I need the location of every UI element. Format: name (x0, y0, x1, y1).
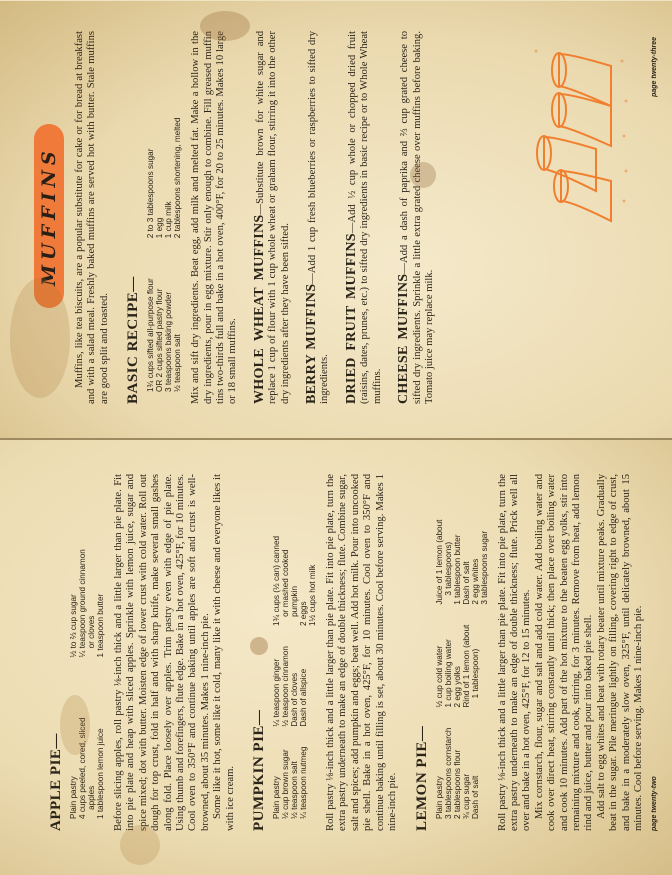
pumpkin-pie-title: PUMPKIN PIE— (251, 474, 268, 831)
apple-pie-note: Some like it hot, some like it cold, man… (212, 474, 237, 831)
lemon-pie-title: LEMON PIE— (414, 474, 431, 831)
ingredient: Plain pastry (69, 718, 78, 820)
ingredient: ¼ teaspoon ginger (272, 646, 281, 727)
ingredient: 3 tablespoons) (444, 520, 453, 605)
variant-title: WHOLE WHEAT MUFFINS (252, 215, 267, 405)
variant-title: CHEESE MUFFINS (396, 274, 411, 404)
ingredient: 1¾ cups (½ can) canned (272, 536, 281, 626)
ingredient: Dash of salt (462, 520, 471, 605)
ingredients-column: Plain pastry½ cup brown sugar½ teaspoon … (272, 747, 317, 819)
muffins-title-badge: MUFFINS (34, 124, 64, 308)
page-number: page twenty-three (651, 37, 658, 97)
ingredients-column: ¼ teaspoon ginger½ teaspoon cinnamonDash… (272, 646, 317, 727)
apple-pie-title: APPLE PIE— (48, 474, 65, 831)
muffins-intro: Muffins, like tea biscuits, are a popula… (74, 31, 111, 404)
ingredients-column: Plain pastry3 tablespoons cornstarch2 ta… (435, 728, 489, 819)
ingredient: or mashed cooked (281, 536, 290, 626)
ingredients-column: Plain pastry4 cups peeled, cored, sliced… (69, 718, 105, 820)
ingredient: 4 cups peeled, cored, sliced (78, 718, 87, 820)
muffin-variants: WHOLE WHEAT MUFFINS—Substitute brown for… (254, 31, 436, 404)
ingredient: 2 egg whites (471, 520, 480, 605)
basic-recipe-title: BASIC RECIPE— (125, 31, 142, 404)
ingredient: Plain pastry (272, 747, 281, 819)
ingredient: 2 to 3 tablespoons sugar (146, 118, 155, 239)
ingredient: ½ teaspoon salt (290, 747, 299, 819)
page-number: page twenty-two (651, 776, 658, 831)
ingredient: 3 teaspoons baking powder (164, 278, 173, 392)
ingredient: ¼ teaspoon ground cinnamon (78, 549, 87, 657)
pumpkin-pie-directions: Roll pastry ⅛-inch thick and a little la… (325, 474, 399, 831)
ingredient: 2 tablespoons flour (453, 728, 462, 819)
scanned-cookbook-spread: APPLE PIE— Plain pastry4 cups peeled, co… (0, 0, 672, 875)
ingredient: ½ teaspoon salt (173, 278, 182, 392)
ingredient: Dash of salt (471, 728, 480, 819)
ingredient: 1 cup boiling water (444, 625, 453, 708)
ingredient: Rind of 1 lemon (about (462, 625, 471, 708)
apple-pie-directions: Before slicing apples, roll pastry ⅛-inc… (113, 474, 212, 831)
ingredients-column: 2 to 3 tablespoons sugar1 egg1 cup milk2… (146, 118, 182, 239)
ingredients-column: 1¾ cups sifted all-purpose flourOR 2 cup… (146, 278, 182, 392)
lemon-pie-directions-1: Roll pastry ⅛-inch thick and a little la… (497, 474, 534, 831)
ingredient: pumpkin (290, 536, 299, 626)
ingredients-column: ½ to ⅔ cup sugar¼ teaspoon ground cinnam… (69, 549, 105, 657)
apple-pie-ingredients: Plain pastry4 cups peeled, cored, sliced… (69, 474, 105, 819)
ingredient: 1 cup milk (164, 118, 173, 239)
ingredient: OR 2 cups sifted pastry flour (155, 278, 164, 392)
ingredient: 1 tablespoon lemon juice (96, 718, 105, 820)
variant-title: BERRY MUFFINS (304, 284, 319, 404)
ingredients-column: 1¾ cups (½ can) canned or mashed cooked … (272, 536, 317, 626)
ingredient: 3 tablespoons sugar (480, 520, 489, 605)
ingredient: 1 teaspoon butter (96, 549, 105, 657)
apple-pie-recipe: APPLE PIE— Plain pastry4 cups peeled, co… (48, 474, 237, 831)
ingredients-column: Juice of 1 lemon (about 3 tablespoons)1 … (435, 520, 489, 605)
basic-recipe-directions: Mix and sift dry ingredients. Beat egg, … (190, 31, 240, 404)
ingredient: 2 egg yolks (453, 625, 462, 708)
ingredient: 1 egg (155, 118, 164, 239)
basic-recipe: BASIC RECIPE— 1¾ cups sifted all-purpose… (125, 31, 240, 404)
lemon-pie-directions-2: Mix cornstarch, flour, sugar and salt an… (534, 474, 596, 831)
page-twenty-three: MUFFINS Muffins, like tea biscuits, are … (0, 1, 672, 438)
muffin-variant: CHEESE MUFFINS—Add a dash of paprika and… (398, 31, 436, 404)
stain (120, 825, 160, 865)
ingredient: 3 tablespoons cornstarch (444, 728, 453, 819)
ingredient: ½ cup cold water (435, 625, 444, 708)
page-twenty-two: APPLE PIE— Plain pastry4 cups peeled, co… (0, 438, 672, 875)
ingredient: ¼ teaspoon nutmeg (299, 747, 308, 819)
lemon-pie-recipe: LEMON PIE— Plain pastry3 tablespoons cor… (414, 474, 646, 831)
pumpkin-pie-ingredients: Plain pastry½ cup brown sugar½ teaspoon … (272, 474, 317, 819)
ingredient: or cloves (87, 549, 96, 657)
basic-recipe-ingredients: 1¾ cups sifted all-purpose flourOR 2 cup… (146, 31, 182, 392)
ingredient: Dash of cloves (290, 646, 299, 727)
ingredient: 1 tablespoon butter (453, 520, 462, 605)
variant-title: DRIED FRUIT MUFFINS (344, 233, 359, 404)
muffin-variant: WHOLE WHEAT MUFFINS—Substitute brown for… (254, 31, 292, 404)
muffin-variant: DRIED FRUIT MUFFINS—Add ½ cup whole or c… (346, 31, 384, 404)
ingredients-column: ½ cup cold water1 cup boiling water2 egg… (435, 625, 489, 708)
lemon-pie-directions-3: Add salt to egg whites and beat with rot… (596, 474, 646, 831)
ingredient: 1 tablespoon) (471, 625, 480, 708)
ingredient: apples (87, 718, 96, 820)
ingredient: ¾ cup sugar (462, 728, 471, 819)
rotated-spread: APPLE PIE— Plain pastry4 cups peeled, co… (0, 0, 672, 875)
ingredient: ½ teaspoon cinnamon (281, 646, 290, 727)
muffin-tins-illustration-icon (516, 41, 636, 231)
pumpkin-pie-recipe: PUMPKIN PIE— Plain pastry½ cup brown sug… (251, 474, 399, 831)
ingredient: 2 tablespoons shortening, melted (173, 118, 182, 239)
ingredient: ½ cup brown sugar (281, 747, 290, 819)
ingredient: 2 eggs (299, 536, 308, 626)
ingredient: 1¾ cups sifted all-purpose flour (146, 278, 155, 392)
ingredient: Plain pastry (435, 728, 444, 819)
lemon-pie-ingredients: Plain pastry3 tablespoons cornstarch2 ta… (435, 474, 489, 819)
ingredient: Dash of allspice (299, 646, 308, 727)
muffin-variant: BERRY MUFFINS—Add 1 cup fresh blueberrie… (306, 31, 332, 404)
ingredient: Juice of 1 lemon (about (435, 520, 444, 605)
ingredient: ½ to ⅔ cup sugar (69, 549, 78, 657)
ingredient: 1½ cups hot milk (308, 536, 317, 626)
